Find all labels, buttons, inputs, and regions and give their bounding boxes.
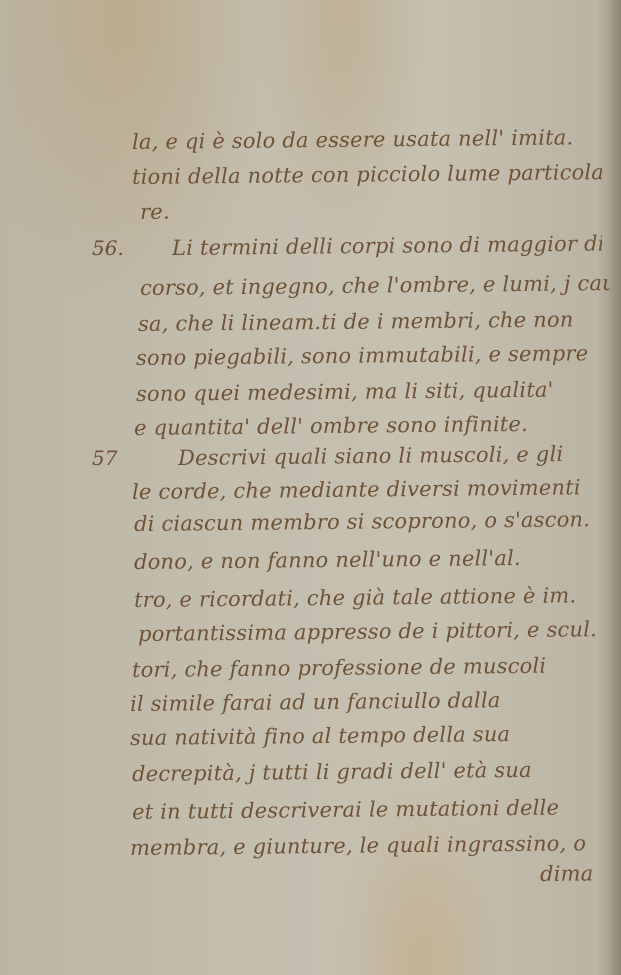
text-line: tioni della notte con picciolo lume part… — [132, 160, 602, 189]
text-line: la, e qi è solo da essere usata nell' im… — [132, 125, 602, 154]
text-line: sua natività fino al tempo della sua — [130, 721, 600, 750]
text-line: portantissima appresso de i pittori, e s… — [138, 617, 608, 646]
text-line: sa, che li lineam.ti de i membri, che no… — [138, 307, 608, 336]
paragraph-number: 57 — [92, 446, 117, 470]
text-line: le corde, che mediante diversi movimenti — [132, 475, 602, 504]
paragraph-number: 56. — [92, 236, 124, 260]
text-line: e quantita' dell' ombre sono infinite. — [134, 411, 604, 440]
text-line: tori, che fanno professione de muscoli — [132, 653, 602, 682]
text-line: decrepità, j tutti li gradi dell' età su… — [132, 757, 602, 786]
text-line: di ciascun membro si scoprono, o s'ascon… — [134, 507, 604, 536]
manuscript-page: la, e qi è solo da essere usata nell' im… — [0, 0, 621, 975]
text-line: sono piegabili, sono immutabili, e sempr… — [136, 341, 606, 370]
text-line: membra, e giunture, le quali ingrassino,… — [130, 831, 600, 860]
text-line: corso, et ingegno, che l'ombre, e lumi, … — [140, 271, 610, 300]
text-line: tro, e ricordati, che già tale attione è… — [134, 583, 604, 612]
text-line: re. — [140, 195, 610, 224]
text-line: sono quei medesimi, ma li siti, qualita' — [136, 377, 606, 406]
catchword: dima — [540, 861, 610, 886]
text-line: et in tutti descriverai le mutationi del… — [132, 795, 602, 824]
text-line: dono, e non fanno nell'uno e nell'al. — [134, 545, 604, 574]
text-line: il simile farai ad un fanciullo dalla — [130, 687, 600, 716]
text-line: Li termini delli corpi sono di maggior d… — [172, 231, 602, 260]
text-line: Descrivi quali siano li muscoli, e gli — [178, 442, 603, 470]
